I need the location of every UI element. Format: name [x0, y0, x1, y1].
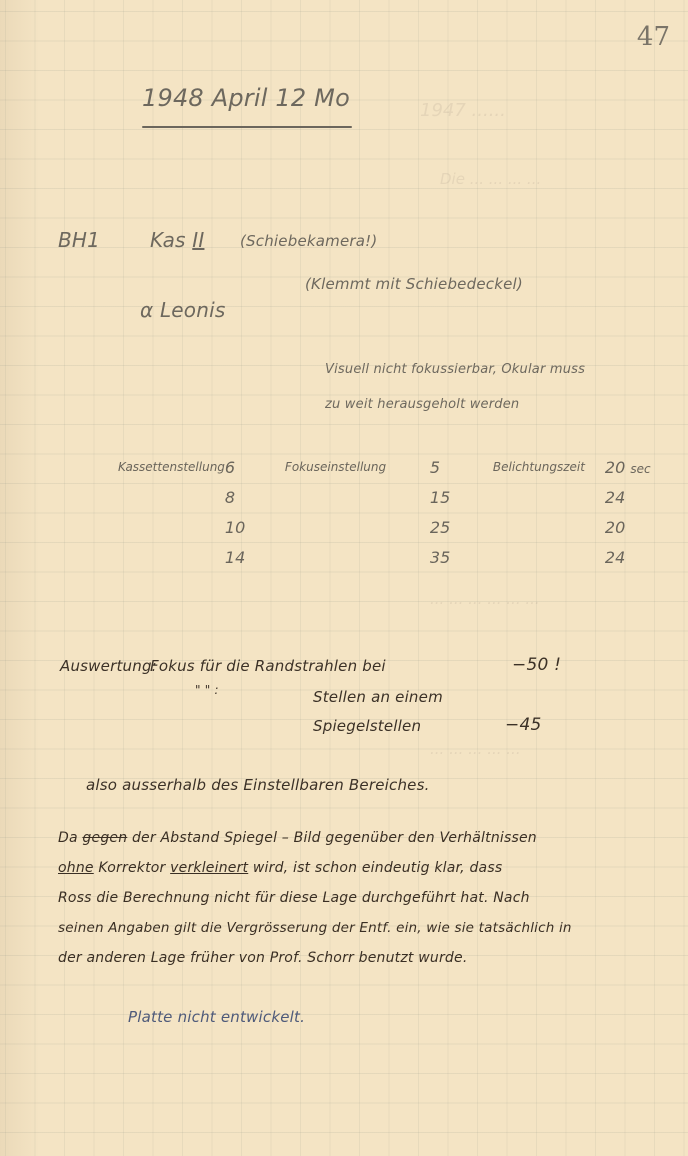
- table-row: 10 25 20: [118, 512, 651, 542]
- ditto-marks: " " :: [195, 683, 219, 697]
- page-number: 47: [637, 22, 670, 52]
- notebook-page: 1947 ...... Die ... ... ... ... ... ... …: [0, 0, 688, 1156]
- bleed-through-text: Die ... ... ... ...: [440, 170, 541, 188]
- cell-kassette: 14: [225, 542, 285, 572]
- bleed-through-text: ... ... ... ... ... ...: [430, 590, 540, 608]
- cell-zeit: 24: [605, 542, 651, 572]
- col-label-kassette: Kassettenstellung: [118, 452, 225, 482]
- object-name: α Leonis: [140, 298, 225, 322]
- instrument-label: BH1: [58, 228, 100, 252]
- paragraph-line-5: der anderen Lage früher von Prof. Schorr…: [58, 950, 468, 966]
- underlined-word: ohne: [58, 860, 94, 876]
- bleed-through-text: 1947 ......: [420, 100, 506, 121]
- cell-kassette: 10: [225, 512, 285, 542]
- paragraph-line-1: Da gegen der Abstand Spiegel – Bild gege…: [58, 830, 537, 846]
- evaluation-line-1: Fokus für die Randstrahlen bei: [150, 657, 386, 675]
- cell-zeit: 20 sec: [605, 452, 651, 482]
- entry-date-title: 1948 April 12 Mo: [142, 84, 350, 112]
- evaluation-line-3: Spiegelstellen: [313, 717, 421, 735]
- bleed-through-text: ... ... ... ... ...: [430, 740, 521, 758]
- evaluation-value-1: −50 !: [512, 655, 561, 675]
- cell-kassette: 8: [225, 482, 285, 512]
- cell-kassette: 6: [225, 452, 285, 482]
- evaluation-line-2: Stellen an einem: [313, 688, 443, 706]
- paragraph-line-2: ohne Korrektor verkleinert wird, ist sch…: [58, 860, 502, 876]
- evaluation-value-2: −45: [505, 715, 541, 735]
- paragraph-line-3: Ross die Berechnung nicht für diese Lage…: [58, 890, 530, 906]
- camera-name: Kas: [150, 228, 186, 252]
- camera-label: Kas II: [150, 228, 204, 252]
- col-label-zeit: Belichtungszeit: [493, 452, 605, 482]
- paragraph-line-4: seinen Angaben gilt die Vergrösserung de…: [58, 920, 572, 936]
- remark-line-1: Visuell nicht fokussierbar, Okular muss: [325, 362, 585, 377]
- table-row: 14 35 24: [118, 542, 651, 572]
- evaluation-line-4: also ausserhalb des Einstellbaren Bereic…: [86, 776, 430, 794]
- underlined-word: verkleinert: [170, 860, 248, 876]
- cell-fokus: 25: [430, 512, 493, 542]
- cell-fokus: 35: [430, 542, 493, 572]
- camera-note-2: (Klemmt mit Schiebedeckel): [305, 275, 523, 293]
- blue-ink-note: Platte nicht entwickelt.: [128, 1008, 305, 1026]
- col-label-fokus: Fokuseinstellung: [285, 452, 430, 482]
- struck-word: gegen: [82, 830, 127, 846]
- cell-zeit: 24: [605, 482, 651, 512]
- table-row: Kassettenstellung 6 Fokuseinstellung 5 B…: [118, 452, 651, 482]
- title-underline: [142, 126, 352, 128]
- table-row: 8 15 24: [118, 482, 651, 512]
- cell-fokus: 15: [430, 482, 493, 512]
- camera-note-1: (Schiebekamera!): [240, 232, 377, 250]
- remark-line-2: zu weit herausgeholt werden: [325, 397, 519, 412]
- camera-numeral: II: [192, 228, 204, 252]
- cell-fokus: 5: [430, 452, 493, 482]
- cell-zeit: 20: [605, 512, 651, 542]
- exposure-table: Kassettenstellung 6 Fokuseinstellung 5 B…: [118, 452, 651, 572]
- evaluation-label: Auswertung:: [60, 657, 157, 675]
